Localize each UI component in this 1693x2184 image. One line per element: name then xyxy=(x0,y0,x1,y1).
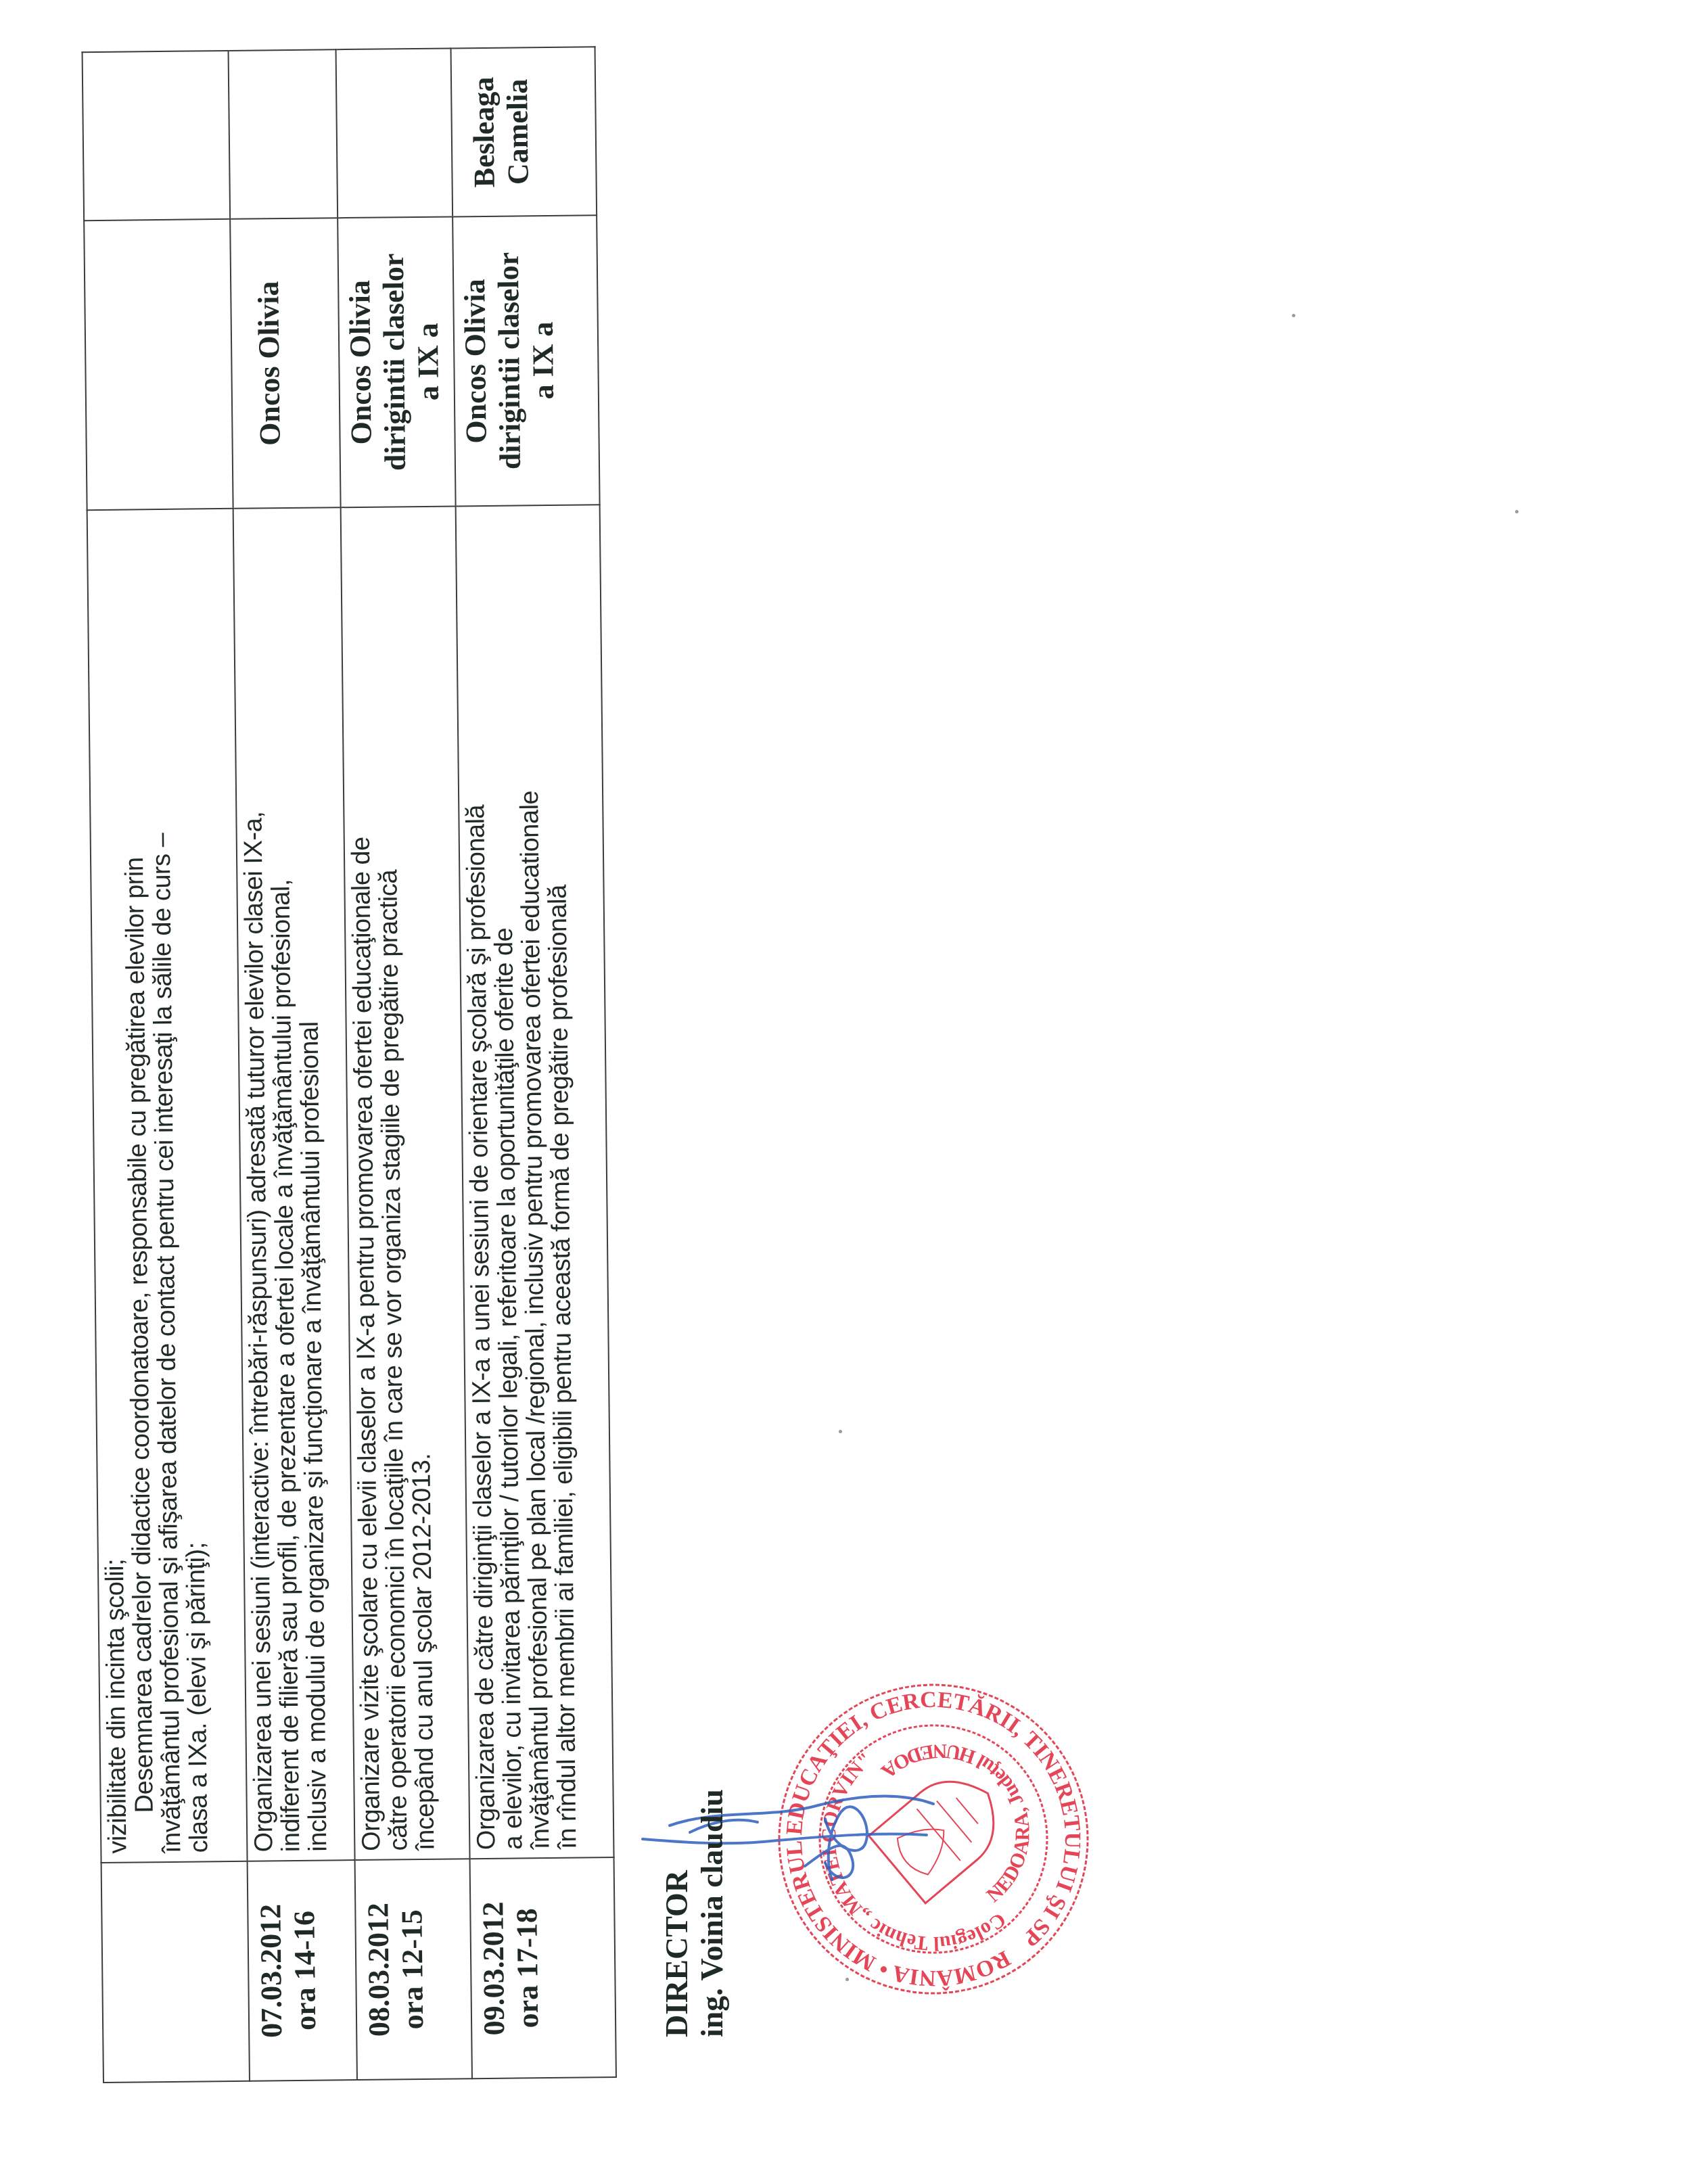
time-text: ora 17-18 xyxy=(510,1859,546,2078)
responsible-role: dirigintii claselor xyxy=(491,216,528,505)
table-row: 07.03.2012 ora 14-16 Organizarea unei se… xyxy=(229,49,357,2081)
scan-speck xyxy=(839,1430,842,1433)
signature-block: DIRECTOR ing. Voinia claudiu xyxy=(659,1789,730,2037)
date-cell: 07.03.2012 ora 14-16 xyxy=(248,1860,357,2081)
table-row: 08.03.2012 ora 12-15 Organizare vizite ş… xyxy=(336,48,472,2080)
responsible-cell: Oncos Olivia dirigintii claselor a IX a xyxy=(338,216,455,507)
date-cell xyxy=(101,1861,250,2083)
date-cell: 08.03.2012 ora 12-15 xyxy=(355,1859,472,2080)
responsible-role: a IX a xyxy=(525,216,561,505)
activity-cell: vizibilitate din incinta şcolii; Desemna… xyxy=(87,509,248,1863)
responsible-cell: Oncos Olivia dirigintii claselor a IX a xyxy=(453,215,599,506)
responsible-role: a IX a xyxy=(410,218,446,507)
director-title: DIRECTOR xyxy=(659,1789,695,2037)
director-name: ing. Voinia claudiu xyxy=(695,1789,730,2037)
activity-cell: Organizarea de către diriginţii claselor… xyxy=(456,505,614,1859)
table-row: vizibilitate din incinta şcolii; Desemna… xyxy=(83,51,250,2083)
activity-schedule-table: vizibilitate din incinta şcolii; Desemna… xyxy=(82,46,617,2083)
responsible-name: Oncos Olivia xyxy=(457,217,494,506)
observation-name: Besleaga xyxy=(467,49,503,216)
scan-speck xyxy=(845,1978,849,1981)
observations-cell xyxy=(336,48,453,218)
scan-speck xyxy=(1292,314,1295,317)
date-text: 09.03.2012 xyxy=(476,1859,512,2078)
responsible-cell: Oncos Olivia xyxy=(230,218,340,509)
observations-cell: Besleaga Camelia xyxy=(451,47,597,216)
responsible-name: Oncos Olivia xyxy=(342,218,379,507)
time-text: ora 14-16 xyxy=(287,1861,323,2081)
observation-name: Camelia xyxy=(501,48,536,216)
date-cell: 09.03.2012 ora 17-18 xyxy=(470,1857,616,2078)
responsible-cell xyxy=(84,219,233,510)
observations-cell xyxy=(83,51,231,220)
date-text: 08.03.2012 xyxy=(361,1860,397,2079)
responsible-name: Oncos Olivia xyxy=(251,219,287,508)
activity-cell: Organizare vizite şcolare cu elevii clas… xyxy=(341,506,470,1860)
time-text: ora 12-15 xyxy=(395,1860,431,2079)
observations-cell xyxy=(229,49,338,219)
table-row: 09.03.2012 ora 17-18 Organizarea de cătr… xyxy=(451,47,616,2078)
responsible-role: dirigintii claselor xyxy=(376,218,413,507)
scan-speck xyxy=(1515,510,1518,513)
date-text: 07.03.2012 xyxy=(254,1861,289,2081)
activity-cell: Organizarea unei sesiuni (interactive: î… xyxy=(233,507,355,1861)
document-page: vizibilitate din incinta şcolii; Desemna… xyxy=(0,0,1693,2184)
